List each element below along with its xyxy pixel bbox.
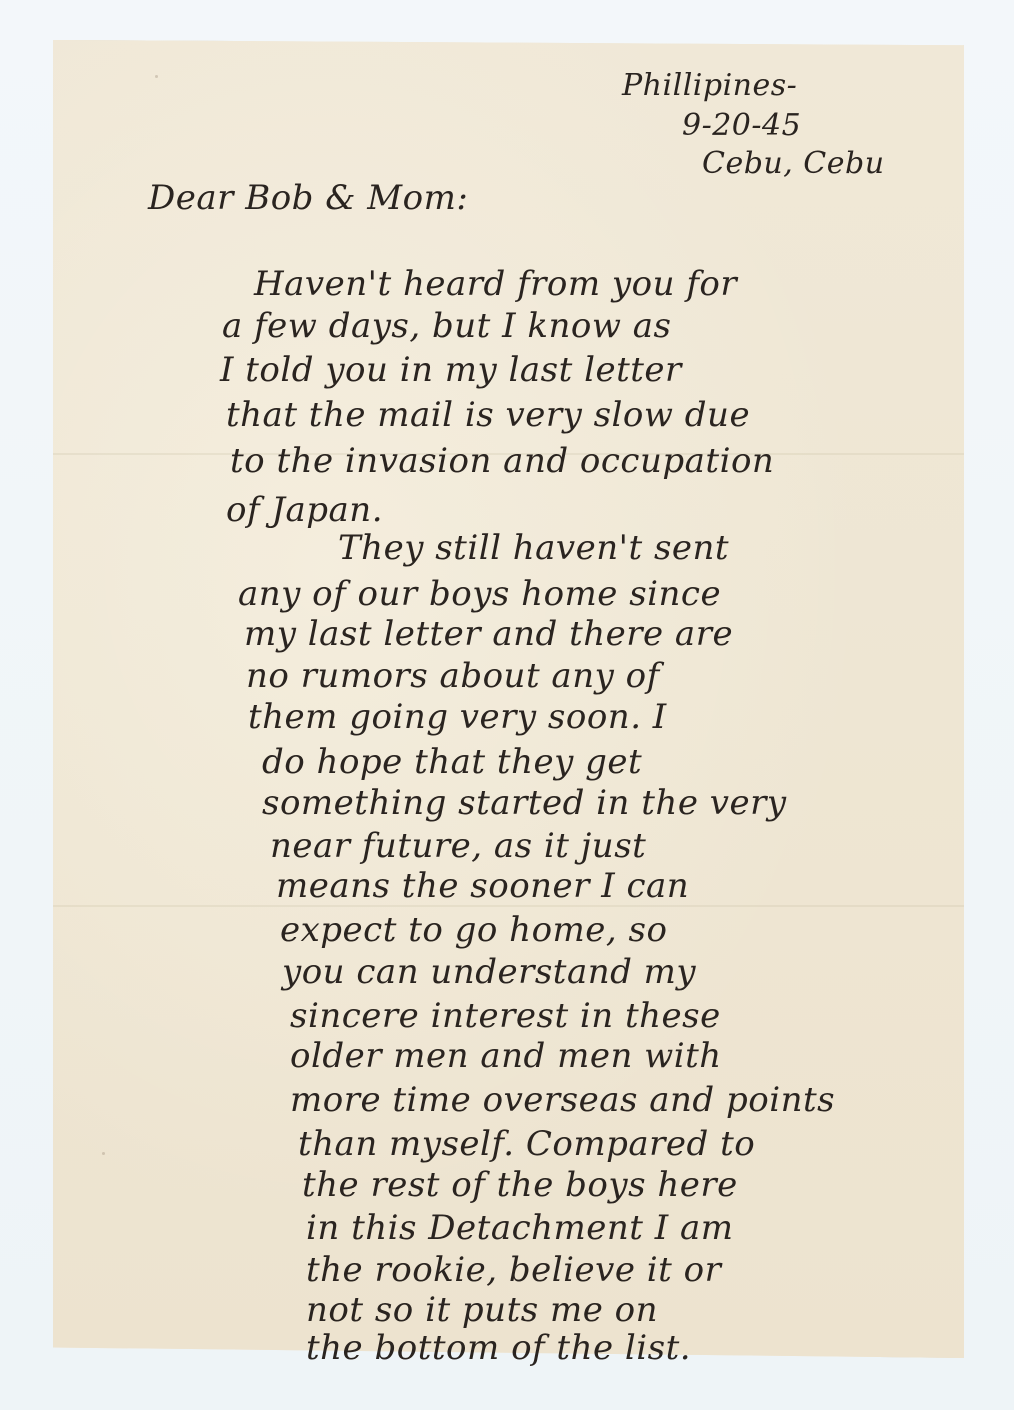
letter-line: something started in the very [262,783,787,823]
paper-speck [155,75,158,78]
letter-line: of Japan. [226,490,383,530]
letter-line: the rookie, believe it or [306,1250,721,1290]
letter-line: any of our boys home since [238,574,721,614]
letter-line: older men and men with [290,1036,722,1076]
letter-line: a few days, but I know as [222,306,671,346]
letter-line: that the mail is very slow due [226,395,750,435]
letter-salutation: Dear Bob & Mom: [148,178,468,218]
letter-line: you can understand my [282,952,696,992]
letter-line: more time overseas and points [290,1080,835,1120]
letter-line: expect to go home, so [280,910,667,950]
letter-line: They still haven't sent [338,528,729,568]
letter-city: Cebu, Cebu [702,146,885,181]
letter-line: to the invasion and occupation [230,441,774,481]
letter-date: 9-20-45 [682,108,801,143]
letter-line: in this Detachment I am [306,1208,734,1248]
letter-line: sincere interest in these [290,996,721,1036]
letter-line: my last letter and there are [244,614,733,654]
letter-line: near future, as it just [270,826,646,866]
letter-line: means the sooner I can [276,866,689,906]
paper-speck [102,1152,105,1155]
letter-line: the rest of the boys here [302,1165,738,1205]
letter-line: no rumors about any of [246,656,660,696]
letter-place: Phillipines- [622,68,797,103]
letter-line: do hope that they get [262,742,642,782]
letter-line: than myself. Compared to [298,1124,755,1164]
letter-line: the bottom of the list. [306,1328,691,1368]
letter-line: them going very soon. I [248,697,667,737]
letter-line: I told you in my last letter [220,350,682,390]
letter-line: Haven't heard from you for [254,264,737,304]
letter-line: not so it puts me on [306,1290,658,1330]
